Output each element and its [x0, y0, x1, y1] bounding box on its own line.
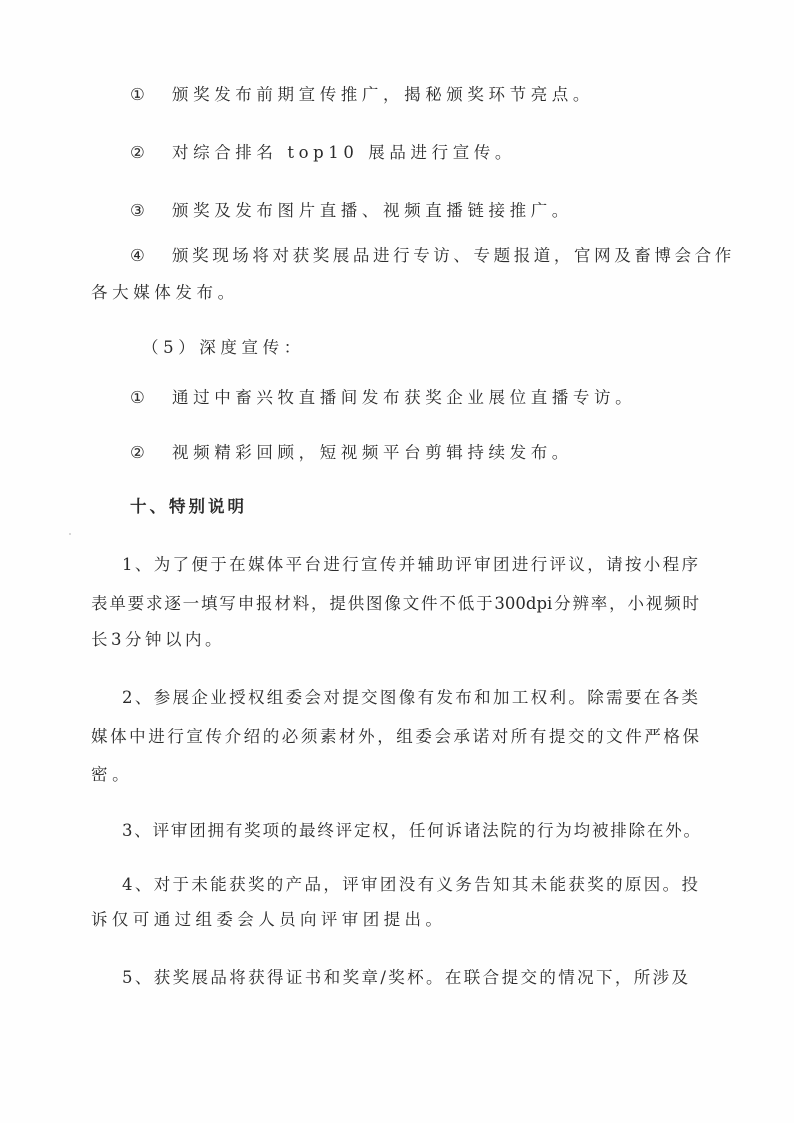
- promo-item-text: 颁奖及发布图片直播、视频直播链接推广。: [172, 201, 573, 220]
- promo-item-3: ③颁奖及发布图片直播、视频直播链接推广。: [130, 201, 573, 221]
- note-5-line-1: 5、获奖展品将获得证书和奖章/奖杯。在联合提交的情况下，所涉及: [122, 968, 688, 988]
- promo-item-1: ①颁奖发布前期宣传推广，揭秘颁奖环节亮点。: [130, 85, 594, 105]
- promo-item-text-line1: 颁奖现场将对获奖展品进行专访、专题报道，官网及畜博会合作: [172, 246, 735, 265]
- note-3-line-1: 3、评审团拥有奖项的最终评定权，任何诉诸法院的行为均被排除在外。: [122, 821, 700, 841]
- circled-number-2: ②: [130, 443, 172, 463]
- section-heading: 十、特别说明: [130, 497, 247, 517]
- note-2-line-3: 密。: [91, 765, 133, 785]
- scan-speck: [69, 533, 71, 535]
- note-2-line-2: 媒体中进行宣传介绍的必须素材外，组委会承诺对所有提交的文件严格保: [91, 727, 699, 747]
- promo-item-4: ④颁奖现场将对获奖展品进行专访、专题报道，官网及畜博会合作: [130, 246, 735, 266]
- note-2-line-1: 2、参展企业授权组委会对提交图像有发布和加工权利。除需要在各类: [122, 688, 698, 708]
- note-4-line-2: 诉仅可通过组委会人员向评审团提出。: [91, 910, 446, 930]
- deep-promo-item-text: 通过中畜兴牧直播间发布获奖企业展位直播专访。: [172, 388, 636, 407]
- circled-number-4: ④: [130, 246, 172, 266]
- promo-item-2: ②对综合排名 top10 展品进行宣传。: [130, 143, 516, 163]
- deep-promo-title: （5）深度宣传：: [142, 338, 305, 358]
- deep-promo-item-2: ②视频精彩回顾，短视频平台剪辑持续发布。: [130, 443, 573, 463]
- promo-item-text: 颁奖发布前期宣传推广，揭秘颁奖环节亮点。: [172, 85, 594, 104]
- circled-number-2: ②: [130, 143, 172, 163]
- deep-promo-item-text: 视频精彩回顾，短视频平台剪辑持续发布。: [172, 443, 573, 462]
- note-1-line-3: 长3分钟以内。: [91, 630, 225, 650]
- deep-promo-item-1: ①通过中畜兴牧直播间发布获奖企业展位直播专访。: [130, 388, 636, 408]
- note-4-line-1: 4、对于未能获奖的产品，评审团没有义务告知其未能获奖的原因。投: [122, 875, 698, 895]
- circled-number-1: ①: [130, 388, 172, 408]
- circled-number-1: ①: [130, 85, 172, 105]
- circled-number-3: ③: [130, 201, 172, 221]
- note-1-line-2: 表单要求逐一填写申报材料，提供图像文件不低于300dpi分辨率，小视频时: [91, 594, 699, 614]
- note-1-line-1: 1、为了便于在媒体平台进行宣传并辅助评审团进行评议，请按小程序: [122, 555, 698, 575]
- promo-item-4-continuation: 各大媒体发布。: [91, 283, 239, 303]
- document-page: ①颁奖发布前期宣传推广，揭秘颁奖环节亮点。 ②对综合排名 top10 展品进行宣…: [0, 0, 794, 1123]
- promo-item-text: 对综合排名 top10 展品进行宣传。: [172, 143, 516, 162]
